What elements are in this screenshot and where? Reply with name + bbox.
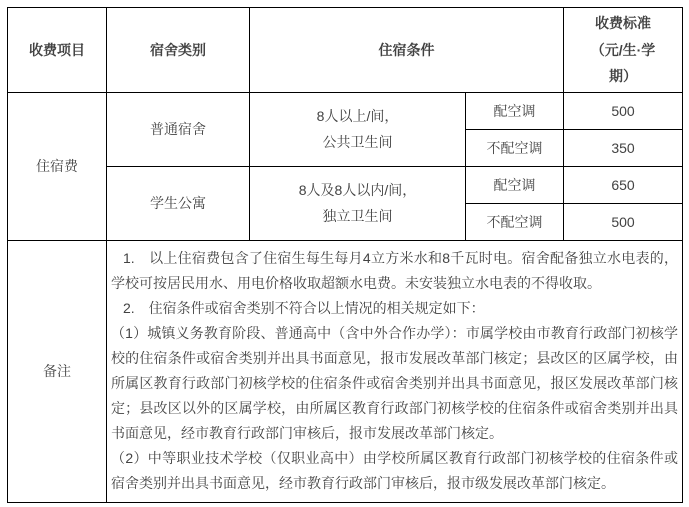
remark-item-1: 1. 以上住宿费包含了住宿生每生每月4立方米水和8千瓦时电。宿舍配备独立水电表的… — [111, 246, 678, 296]
accommodation-fee-table: 收费项目 宿舍类别 住宿条件 收费标准 （元/生·学 期） 住宿费 普通宿舍 8… — [7, 7, 683, 503]
header-dorm-type: 宿舍类别 — [107, 8, 250, 93]
cell-condition-ordinary: 8人以上/间， 公共卫生间 — [250, 92, 466, 166]
remarks-label: 备注 — [8, 240, 107, 502]
cell-ac-without: 不配空调 — [466, 203, 564, 240]
remarks-content: 1. 以上住宿费包含了住宿生每生每月4立方米水和8千瓦时电。宿舍配备独立水电表的… — [107, 240, 683, 502]
header-conditions: 住宿条件 — [250, 8, 564, 93]
header-fee-standard: 收费标准 （元/生·学 期） — [564, 8, 683, 93]
remark-item-2: 2. 住宿条件或宿舍类别不符合以上情况的相关规定如下： — [111, 296, 678, 321]
table-row: 学生公寓 8人及8人以内/间， 独立卫生间 配空调 650 — [8, 166, 683, 203]
remarks-row: 备注 1. 以上住宿费包含了住宿生每生每月4立方米水和8千瓦时电。宿舍配备独立水… — [8, 240, 683, 502]
cell-fee-value: 500 — [564, 203, 683, 240]
header-fee-item: 收费项目 — [8, 8, 107, 93]
cell-fee-value: 350 — [564, 129, 683, 166]
cell-dorm-type-ordinary: 普通宿舍 — [107, 92, 250, 166]
cell-fee-value: 650 — [564, 166, 683, 203]
cell-ac-without: 不配空调 — [466, 129, 564, 166]
cell-condition-apartment: 8人及8人以内/间， 独立卫生间 — [250, 166, 466, 240]
cell-fee-value: 500 — [564, 92, 683, 129]
cell-ac-with: 配空调 — [466, 166, 564, 203]
table-row: 住宿费 普通宿舍 8人以上/间， 公共卫生间 配空调 500 — [8, 92, 683, 129]
page: 收费项目 宿舍类别 住宿条件 收费标准 （元/生·学 期） 住宿费 普通宿舍 8… — [0, 0, 689, 507]
cell-dorm-type-apartment: 学生公寓 — [107, 166, 250, 240]
remark-item-2-1: （1）城镇义务教育阶段、普通高中（含中外合作办学）：市属学校由市教育行政部门初核… — [111, 321, 678, 446]
remark-item-2-2: （2）中等职业技术学校（仅职业高中）由学校所属区教育行政部门初核学校的住宿条件或… — [111, 446, 678, 496]
cell-ac-with: 配空调 — [466, 92, 564, 129]
table-header-row: 收费项目 宿舍类别 住宿条件 收费标准 （元/生·学 期） — [8, 8, 683, 93]
cell-fee-item: 住宿费 — [8, 92, 107, 240]
